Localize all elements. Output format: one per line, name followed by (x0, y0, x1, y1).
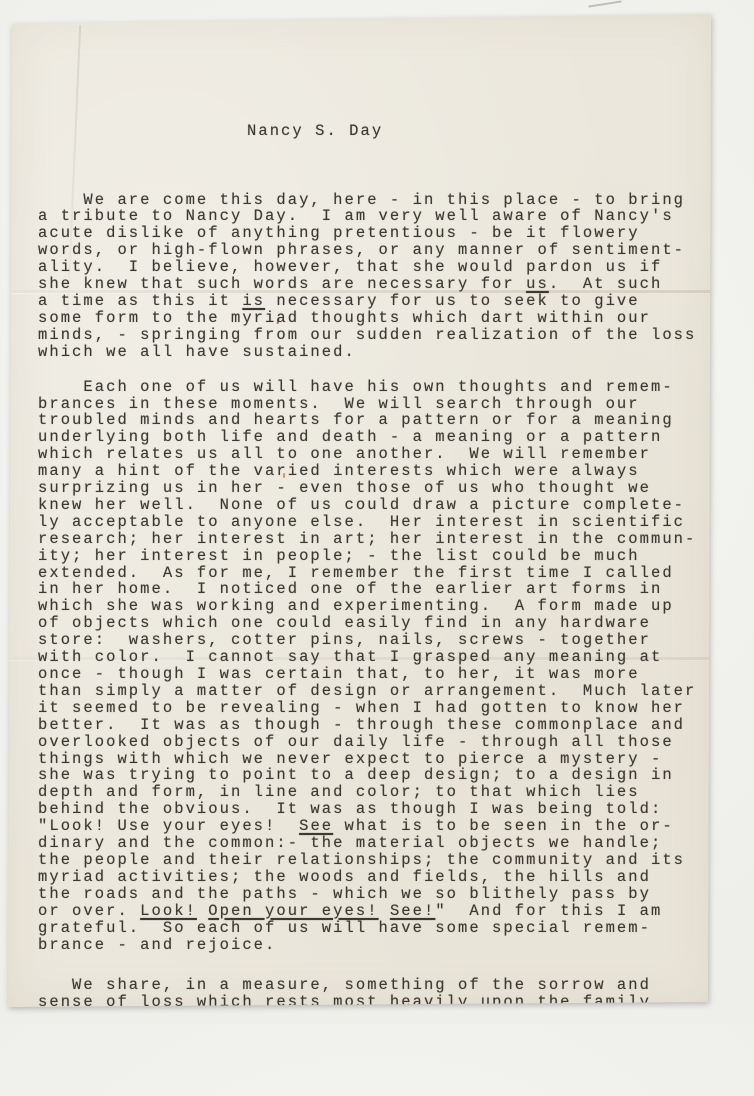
text-line: knew her well. None of us could draw a p… (38, 497, 710, 514)
text-line: or over. Look! Open your eyes! See!" And… (38, 903, 710, 920)
text-line: overlooked objects of our daily life - t… (38, 734, 710, 751)
paper-shadow: Nancy S. Day We are come this day, here … (8, 13, 712, 1008)
text-line: ality. I believe, however, that she woul… (38, 259, 710, 276)
text-line: she knew that such words are necessary f… (38, 276, 710, 293)
text-line: extended. As for me, I remember the firs… (38, 565, 710, 582)
text-line: a tribute to Nancy Day. I am very well a… (38, 208, 710, 225)
text-line: the people and their relationships; the … (38, 852, 710, 869)
text-line: things with which we never expect to pie… (38, 751, 710, 768)
text-line: she was trying to point to a deep design… (38, 767, 710, 784)
text-line: words, or high-flown phrases, or any man… (38, 242, 710, 259)
text-line: the roads and the paths - which we so bl… (38, 886, 710, 903)
text-line: better. It was as though - through these… (38, 717, 710, 734)
underlined-text: See (299, 817, 333, 835)
document-title: Nancy S. Day (38, 123, 710, 140)
text-line: dinary and the common:- the material obj… (38, 835, 710, 852)
text-line: minds, - springing from our sudden reali… (38, 327, 710, 344)
text-line: many a hint of the varied interests whic… (38, 463, 710, 480)
underlined-text: Look! (140, 902, 197, 920)
text-line: it seemed to be revealing - when I had g… (38, 700, 710, 717)
text-line: underlying both life and death - a meani… (38, 429, 710, 446)
text-line: To them goes our sympathy and condolence… (38, 1011, 710, 1024)
document-body: Nancy S. Day We are come this day, here … (38, 89, 710, 1024)
scan-background: { "scan": { "background_color": "#f0f0ec… (0, 0, 754, 1024)
text-line: in her home. I noticed one of the earlie… (38, 581, 710, 598)
text-line: once - though I was certain that, to her… (38, 666, 710, 683)
text-line: We share, in a measure, something of the… (38, 977, 710, 994)
underlined-text: See! (390, 902, 435, 920)
text-line: surprizing us in her - even those of us … (38, 480, 710, 497)
text-line: Each one of us will have his own thought… (38, 379, 710, 396)
underlined-text: is (242, 292, 265, 310)
text-line: brances in these moments. We will search… (38, 396, 710, 413)
text-line: troubled minds and hearts for a pattern … (38, 412, 710, 429)
text-line: with color. I cannot say that I grasped … (38, 649, 710, 666)
text-line: brance - and rejoice. (38, 937, 710, 954)
paragraphs: We are come this day, here - in this pla… (38, 192, 710, 1024)
text-line: than simply a matter of design or arrang… (38, 683, 710, 700)
text-line: depth and form, in line and color; to th… (38, 784, 710, 801)
underlined-text: Open your eyes! (208, 902, 378, 920)
text-line: of objects which one could easily find i… (38, 615, 710, 632)
underlined-text: us (526, 275, 549, 293)
text-line: which relates us all to one another. We … (38, 446, 710, 463)
text-line: store: washers, cotter pins, nails, scre… (38, 632, 710, 649)
text-line: ly acceptable to anyone else. Her intere… (38, 514, 710, 531)
pencil-mark (588, 0, 622, 7)
paragraph: We are come this day, here - in this pla… (38, 192, 710, 361)
text-line: behind the obvious. It was as though I w… (38, 801, 710, 818)
text-line: sense of loss which rests most heavily u… (38, 994, 710, 1011)
paper: Nancy S. Day We are come this day, here … (8, 13, 712, 1008)
text-line: ity; her interest in people; - the list … (38, 548, 710, 565)
text-line: "Look! Use your eyes! See what is to be … (38, 818, 710, 835)
text-line: We are come this day, here - in this pla… (38, 192, 710, 209)
text-line: which we all have sustained. (38, 344, 710, 361)
text-line: myriad activities; the woods and fields,… (38, 869, 710, 886)
text-line: research; her interest in art; her inter… (38, 531, 710, 548)
text-line: grateful. So each of us will have some s… (38, 920, 710, 937)
text-line: which she was working and experimenting.… (38, 598, 710, 615)
text-line: acute dislike of anything pretentious - … (38, 225, 710, 242)
paragraph: Each one of us will have his own thought… (38, 379, 710, 954)
text-line: a time as this it is necessary for us to… (38, 293, 710, 310)
text-line: some form to the myriad thoughts which d… (38, 310, 710, 327)
paragraph: We share, in a measure, something of the… (38, 977, 710, 1024)
